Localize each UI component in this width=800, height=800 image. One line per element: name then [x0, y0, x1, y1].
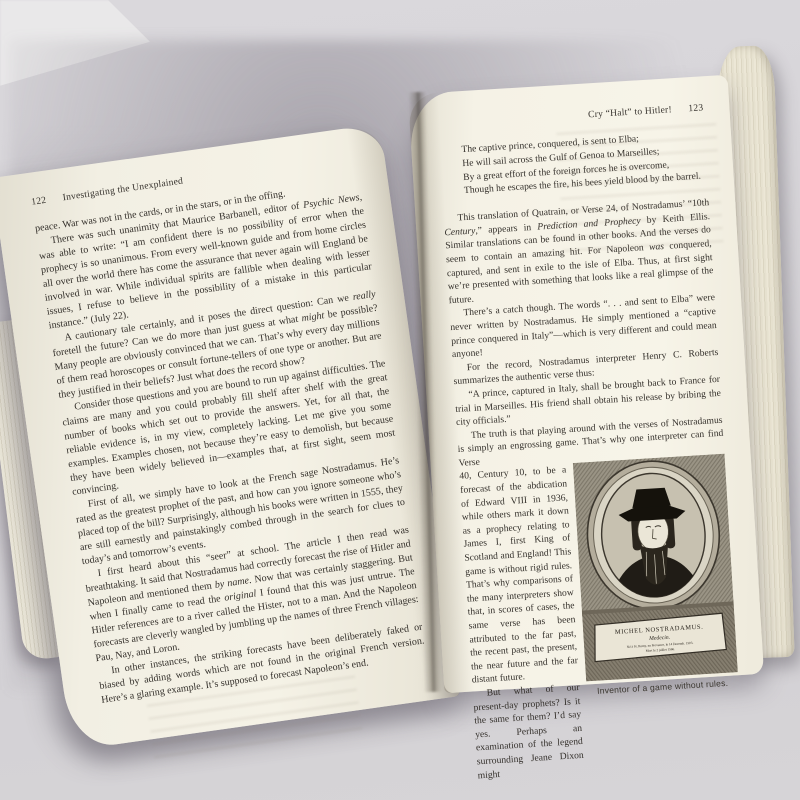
left-page-text: peace. War was not in the cards, or in t… [34, 177, 427, 708]
figure-caption: Inventor of a game without rules. [586, 678, 738, 697]
nostradamus-engraving: MICHEL NOSTRADAMUS. Medecin. Né à St. Re… [573, 454, 738, 682]
right-running-title: Cry “Halt” to Hitler! [588, 104, 672, 120]
right-page-text-narrow: 40, Century 10, to be a forecast of the … [459, 464, 585, 783]
left-page-number: 122 [31, 195, 47, 208]
showthrough-ghost [556, 123, 723, 253]
nostradamus-engraving-figure: MICHEL NOSTRADAMUS. Medecin. Né à St. Re… [573, 454, 744, 775]
paragraph: 40, Century 10, to be a forecast of the … [459, 464, 579, 688]
left-page: 122 Investigating the Unexplained peace.… [0, 124, 460, 751]
paragraph: But what of our present-day prophets? Is… [472, 681, 585, 783]
photo-scene: 122 Investigating the Unexplained peace.… [0, 0, 800, 800]
right-page-number: 123 [688, 102, 704, 114]
left-running-title: Investigating the Unexplained [62, 176, 184, 204]
